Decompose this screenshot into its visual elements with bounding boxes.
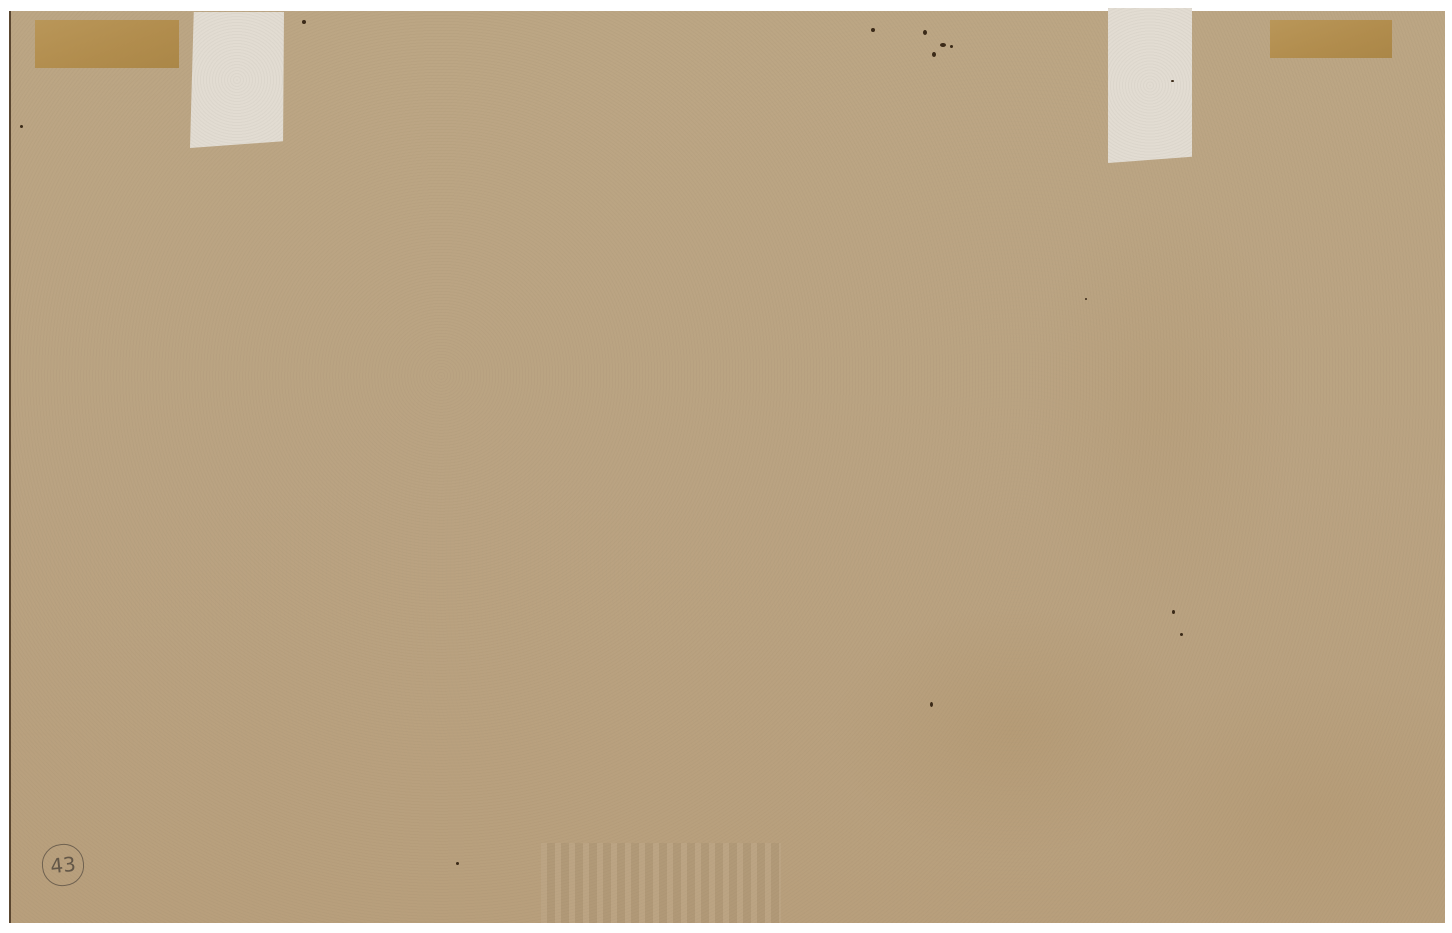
dark-stain-cluster bbox=[865, 20, 965, 65]
speck bbox=[302, 20, 306, 24]
speck bbox=[1172, 610, 1175, 614]
white-tape-strip-left bbox=[190, 12, 284, 148]
white-tape-strip-right bbox=[1108, 8, 1192, 163]
speck bbox=[1180, 633, 1183, 636]
speck bbox=[1171, 80, 1174, 82]
speck bbox=[456, 862, 459, 865]
speck bbox=[20, 125, 23, 128]
speck bbox=[930, 702, 933, 707]
amber-tape-top-right bbox=[1270, 20, 1392, 58]
amber-tape-top-left bbox=[35, 20, 179, 68]
speck bbox=[1085, 298, 1087, 300]
paper-sheet bbox=[9, 11, 1445, 923]
